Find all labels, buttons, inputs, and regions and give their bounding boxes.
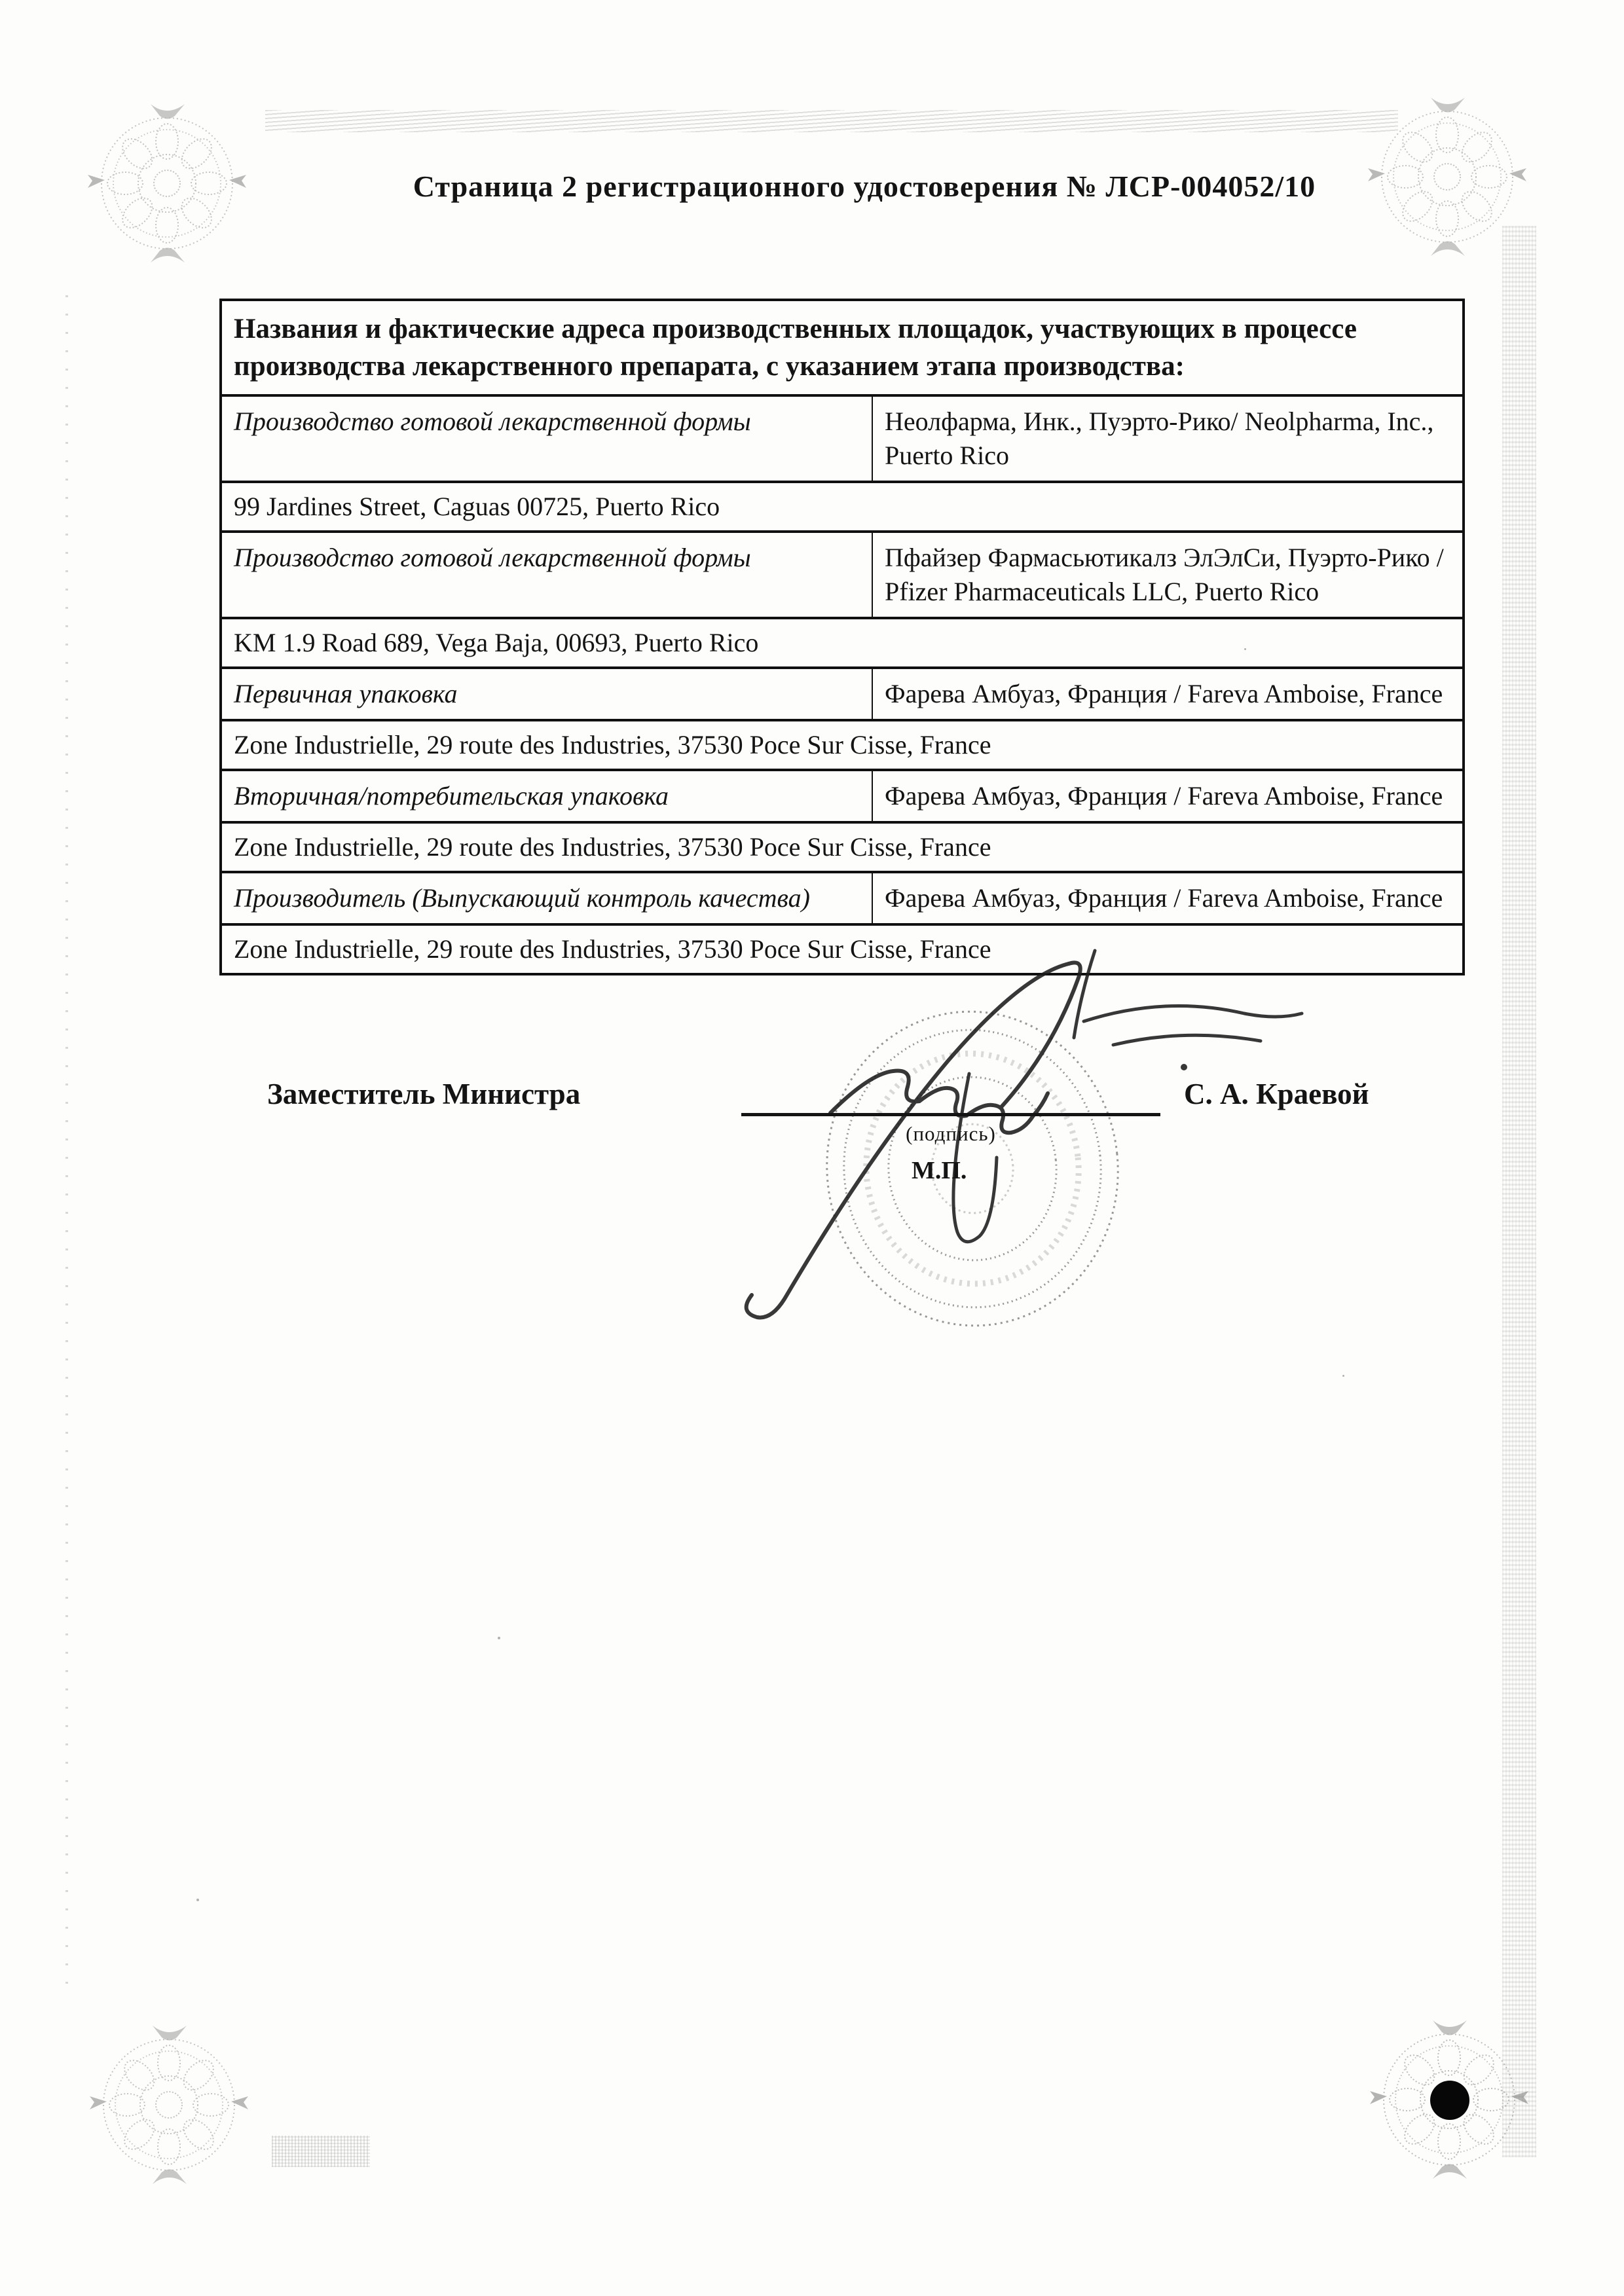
stage-cell: Первичная упаковка (221, 668, 872, 720)
company-cell: Фарева Амбуаз, Франция / Fareva Amboise,… (872, 668, 1464, 720)
company-cell: Фарева Амбуаз, Франция / Fareva Amboise,… (872, 872, 1464, 924)
stage-cell: Производитель (Выпускающий контроль каче… (221, 872, 872, 924)
table-row: Вторичная/потребительская упаковка Фарев… (221, 770, 1464, 822)
table-row: Zone Industrielle, 29 route des Industri… (221, 720, 1464, 770)
signature-line (741, 1113, 1160, 1116)
company-cell: Неолфарма, Инк., Пуэрто-Рико/ Neolpharma… (872, 395, 1464, 482)
scan-dotted-edge-artifact (65, 282, 68, 1984)
table-row: KM 1.9 Road 689, Vega Baja, 00693, Puert… (221, 618, 1464, 668)
stage-cell: Производство готовой лекарственной формы (221, 395, 872, 482)
guilloche-rosette-bottom-left-icon (87, 2023, 251, 2187)
table-title: Названия и фактические адреса производст… (221, 300, 1464, 395)
scan-edge-band-artifact (1502, 226, 1536, 2157)
page-title: Страница 2 регистрационного удостоверени… (223, 169, 1454, 204)
address-cell: 99 Jardines Street, Caguas 00725, Puerto… (221, 482, 1464, 532)
signature-caption: (подпись) (741, 1122, 1160, 1146)
scan-streak-artifact (265, 110, 1398, 132)
company-cell: Пфайзер Фармасьютикалз ЭлЭлСи, Пуэрто-Ри… (872, 532, 1464, 618)
scan-noise-patch (272, 2136, 370, 2167)
stage-cell: Вторичная/потребительская упаковка (221, 770, 872, 822)
address-cell: Zone Industrielle, 29 route des Industri… (221, 822, 1464, 872)
manufacturing-sites-table: Названия и фактические адреса производст… (219, 299, 1465, 975)
address-cell: KM 1.9 Road 689, Vega Baja, 00693, Puert… (221, 618, 1464, 668)
signatory-position-label: Заместитель Министра (267, 1077, 580, 1111)
seal-place-mark: М.П. (912, 1156, 967, 1185)
table-row: Производство готовой лекарственной формы… (221, 395, 1464, 482)
scan-speck (1342, 1375, 1344, 1377)
handwritten-signature (707, 936, 1336, 1355)
table-row: 99 Jardines Street, Caguas 00725, Puerto… (221, 482, 1464, 532)
table-row: Zone Industrielle, 29 route des Industri… (221, 822, 1464, 872)
address-cell: Zone Industrielle, 29 route des Industri… (221, 720, 1464, 770)
stage-cell: Производство готовой лекарственной формы (221, 532, 872, 618)
signatory-name: С. А. Краевой (1184, 1077, 1369, 1111)
black-ink-dot (1430, 2081, 1469, 2120)
scan-speck (196, 1899, 199, 1901)
table-row: Производитель (Выпускающий контроль каче… (221, 872, 1464, 924)
table-row: Первичная упаковка Фарева Амбуаз, Франци… (221, 668, 1464, 720)
table-title-row: Названия и фактические адреса производст… (221, 300, 1464, 395)
table-row: Производство готовой лекарственной формы… (221, 532, 1464, 618)
company-cell: Фарева Амбуаз, Франция / Fareva Amboise,… (872, 770, 1464, 822)
scanned-certificate-page: Страница 2 регистрационного удостоверени… (0, 0, 1624, 2296)
scan-speck (498, 1637, 500, 1639)
